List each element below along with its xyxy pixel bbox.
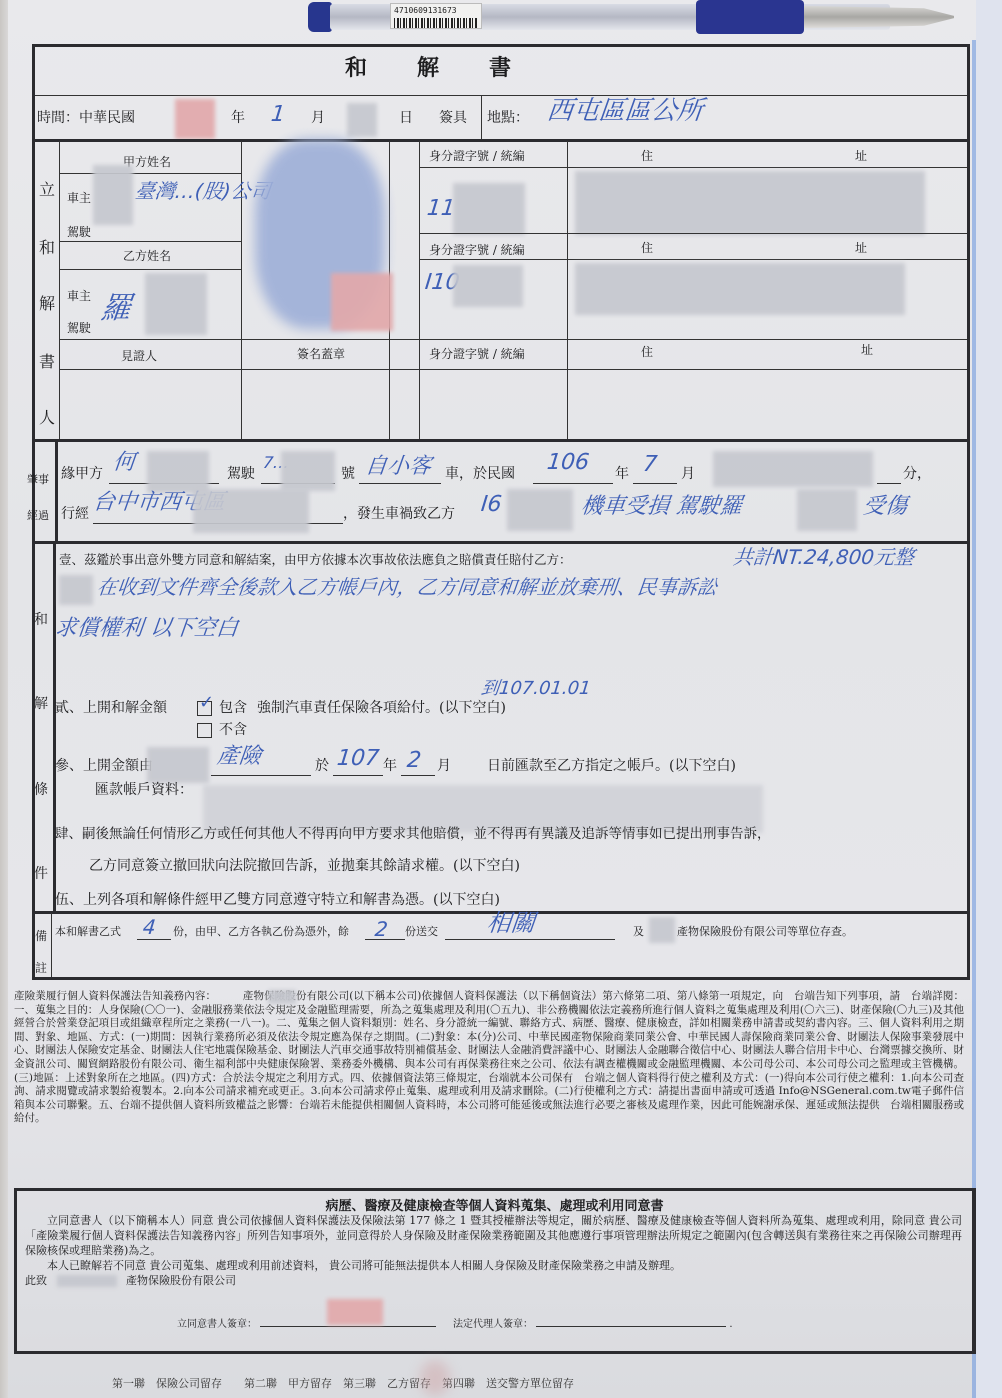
blank-line — [633, 483, 677, 484]
redacted-incident-party-a — [147, 451, 209, 493]
term-3-at-label: 於 — [315, 757, 329, 775]
address-header-left: 住 — [641, 343, 653, 361]
consent-box: 病歷、醫療及健康檢查等個人資料蒐集、處理或利用同意書 立同意書人（以下簡稱本人）… — [14, 1188, 976, 1354]
blank-line — [401, 775, 435, 776]
incident-middle: ，發生車禍致乙方 — [343, 505, 455, 523]
barcode-icon — [394, 18, 478, 28]
terms-char: 和 — [31, 611, 51, 629]
divider — [567, 141, 568, 441]
time-label: 時間：中華民國 — [37, 109, 135, 127]
incident-prefix: 緣甲方 — [61, 465, 103, 483]
witness-header: 見證人 — [121, 347, 157, 365]
blank-line — [211, 775, 311, 776]
month-value: 1 — [270, 103, 287, 127]
section-char: 人 — [37, 409, 57, 427]
incident-year-unit: 年 — [615, 465, 629, 483]
guardian-label: 法定代理人簽章： — [453, 1319, 533, 1330]
divider — [35, 541, 967, 544]
term-1-handwritten-line2: 在收到文件齊全後款入乙方帳戶內，乙方同意和解並放棄刑、民事訴訟 — [96, 575, 719, 599]
divider — [59, 141, 60, 441]
divider — [59, 339, 967, 340]
pen-object: 4710609131673 — [308, 0, 988, 36]
divider — [59, 369, 967, 370]
signer-line[interactable] — [260, 1326, 436, 1327]
divider — [35, 439, 967, 442]
exclude-label: 不含 — [219, 721, 247, 739]
incident-month-unit: 月 — [681, 465, 695, 483]
redacted-party-b-address — [575, 263, 905, 315]
address-header-right: 址 — [861, 341, 873, 359]
plate-label: 號 — [341, 465, 355, 483]
settlement-form: 和 解 書 時間：中華民國 年 1 月 日 簽具 地點： 西屯區區公所 立 和 … — [32, 44, 970, 980]
account-label: 匯款帳戶資料： — [95, 781, 193, 799]
redacted-plate — [281, 451, 335, 491]
party-a-id-value: 11 — [426, 197, 457, 221]
party-a-driver-label: 駕駛 — [67, 223, 91, 241]
privacy-notice: 產險業履行個人資料保護法告知義務內容： 產物保險股份有限公司(以下稱本公司)依據… — [14, 990, 964, 1126]
redacted-party-b-id — [453, 265, 523, 307]
guardian-line[interactable] — [536, 1326, 726, 1327]
divider — [35, 95, 967, 96]
address-header-left: 住 — [641, 147, 653, 165]
address-header-left: 住 — [641, 239, 653, 257]
day-unit: 日 — [399, 109, 413, 127]
month-unit: 月 — [311, 109, 325, 127]
signer-label: 立同意書人簽章： — [177, 1319, 257, 1330]
remarks-suffix: 產物保險股份有限公司等單位存查。 — [677, 923, 853, 941]
term-4-line2: 乙方同意簽立撤回狀向法院撤回告訴，並拋棄其餘請求權。(以下空白) — [89, 857, 520, 875]
remarks-remaining-unit: 份送交 — [405, 923, 438, 941]
section-char: 書 — [37, 353, 57, 371]
redacted-signature — [327, 1299, 383, 1325]
term-1-handwritten-line3: 求償權利 以下空白 — [54, 617, 240, 641]
vehicle-suffix: 車，於民國 — [445, 465, 515, 483]
copies-footer: 第一聯 保險公司留存 第二聯 甲方留存 第三聯 乙方留存 第四聯 送交警方單位留… — [112, 1375, 574, 1391]
term-3-month-unit: 月 — [437, 757, 451, 775]
divider — [481, 95, 482, 139]
redacted-party-a — [93, 165, 133, 225]
address-header-right: 址 — [855, 239, 867, 257]
divider — [53, 543, 56, 911]
signer-field: 立同意書人簽章： — [177, 1315, 436, 1330]
blank-line — [445, 939, 615, 940]
remarks-recipient-value: 相關 — [486, 911, 537, 935]
place-label: 地點： — [487, 109, 529, 127]
id-header: 身分證字號 / 統編 — [429, 147, 525, 165]
redacted-insurer-name — [268, 990, 296, 1004]
remarks-and-label: 及 — [633, 923, 644, 941]
term-2-text: 貳、上開和解金額 — [55, 699, 167, 717]
remarks-char: 備 — [31, 927, 51, 945]
divider — [419, 233, 967, 234]
blank-line — [877, 483, 901, 484]
pen-grip — [696, 0, 804, 34]
term-3-year-value: 107 — [336, 747, 381, 771]
redacted-year — [175, 99, 215, 139]
consent-paragraph-2: 本人已瞭解若不同意 貴公司蒐集、處理或利用前述資料， 貴公司將可能無法提供本人相… — [25, 1258, 962, 1273]
incident-label-line1: 肇事 — [27, 471, 49, 489]
blank-line — [359, 483, 441, 484]
term-2-handwritten-note: 到107.01.01 — [480, 677, 592, 701]
consent-body: 立同意書人（以下簡稱本人）同意 貴公司依據個人資料保護法及保險法第 177 條之… — [25, 1213, 962, 1288]
section-char: 立 — [37, 181, 57, 199]
divider — [51, 913, 52, 977]
term-3-month-value: 2 — [406, 749, 423, 773]
term-3-year-unit: 年 — [383, 757, 397, 775]
redacted-term-1 — [59, 575, 93, 605]
terms-char: 條 — [31, 781, 51, 799]
party-a-owner-label: 車主 — [67, 189, 91, 207]
terms-char: 件 — [31, 865, 51, 883]
party-b-owner-label: 車主 — [67, 287, 91, 305]
guardian-field: 法定代理人簽章： . — [453, 1315, 733, 1330]
barcode-number: 4710609131673 — [394, 6, 457, 15]
incident-label-line2: 經過 — [27, 507, 49, 525]
redacted-location — [193, 489, 309, 533]
redacted-payer — [147, 747, 209, 783]
minute-suffix: 分， — [903, 465, 931, 483]
background-surface — [976, 0, 1002, 1398]
pen-cap — [308, 2, 332, 32]
term-1-text: 壹、茲鑑於事出意外雙方同意和解結案，由甲方依據本次事故依法應負之賠償責任賠付乙方… — [59, 551, 572, 569]
exclude-checkbox[interactable] — [197, 723, 212, 738]
stain — [420, 1360, 450, 1396]
party-a-name-value: 臺灣…(股)公司 — [134, 179, 272, 203]
term-3-prefix: 參、上開金額由 — [55, 757, 153, 775]
include-checkbox[interactable]: ✓ — [197, 701, 212, 716]
id-header: 身分證字號 / 統編 — [429, 241, 525, 259]
divider — [55, 441, 58, 543]
redacted-party-b-driver — [797, 489, 857, 531]
term-1-amount: 共計NT.24,800元整 — [732, 545, 916, 569]
sign-label: 簽具 — [439, 109, 467, 127]
party-b-name-header: 乙方姓名 — [123, 247, 171, 265]
addressee-company: 產物保險股份有限公司 — [126, 1274, 236, 1287]
consent-title: 病歷、醫療及健康檢查等個人資料蒐集、處理或利用同意書 — [17, 1195, 972, 1214]
term-3-suffix: 日前匯款至乙方指定之帳戶。(以下空白) — [487, 757, 736, 775]
blank-line — [533, 483, 613, 484]
divider — [419, 167, 967, 168]
incident-party-a-value: 何 — [112, 451, 137, 475]
redacted-incident-time — [713, 451, 873, 487]
divider — [59, 241, 241, 242]
incident-result-value: 機車受損 駕駛羅 — [580, 495, 744, 519]
address-header-right: 址 — [855, 147, 867, 165]
place-value: 西屯區區公所 — [546, 99, 705, 123]
divider — [35, 139, 967, 142]
vehicle-type-value: 自小客 — [364, 455, 433, 479]
section-char: 解 — [37, 295, 57, 313]
addressee-prefix: 此致 — [25, 1274, 47, 1287]
redacted-party-b-seal — [331, 273, 393, 331]
year-unit: 年 — [231, 109, 245, 127]
redacted-insurer — [649, 917, 675, 943]
incident-driver-label: 駕駛 — [227, 465, 255, 483]
remarks-copies-value: 4 — [142, 915, 157, 939]
redacted-party-b-name — [145, 273, 207, 335]
incident-result-suffix: 受傷 — [862, 495, 909, 519]
divider — [419, 141, 420, 441]
terms-char: 解 — [31, 695, 51, 713]
remarks-char: 註 — [31, 959, 51, 977]
id-header: 身分證字號 / 統編 — [429, 345, 525, 363]
blank-line — [333, 775, 383, 776]
checkmark-icon: ✓ — [199, 692, 214, 713]
party-b-plate-value: I6 — [480, 493, 503, 517]
term-5-text: 伍、上列各項和解條件經甲乙雙方同意遵守特立和解書為憑。(以下空白) — [55, 891, 500, 909]
pen-tip — [804, 6, 954, 28]
redacted-company — [57, 1275, 117, 1287]
section-char: 和 — [37, 239, 57, 257]
remarks-prefix: 本和解書乙式 — [55, 923, 121, 941]
incident-line2-prefix: 行經 — [61, 505, 89, 523]
divider — [59, 173, 241, 174]
consent-paragraph-1: 立同意書人（以下簡稱本人）同意 貴公司依據個人資料保護法及保險法第 177 條之… — [25, 1213, 962, 1258]
redacted-party-a-address — [575, 171, 925, 235]
divider — [419, 259, 967, 260]
signature-header: 簽名蓋章 — [297, 345, 345, 363]
term-3-payer-value: 產險 — [216, 745, 263, 769]
redacted-party-b-plate — [507, 489, 573, 531]
include-text: 強制汽車責任保險各項給付。(以下空白) — [257, 699, 506, 717]
divider — [59, 269, 241, 270]
incident-year-value: 106 — [546, 451, 591, 475]
pen-barcode-label: 4710609131673 — [390, 3, 482, 29]
include-label: 包含 — [219, 699, 247, 717]
remarks-remaining-value: 2 — [374, 917, 389, 941]
consent-addressee: 此致 產物保險股份有限公司 — [25, 1273, 962, 1288]
incident-month-value: 7 — [642, 453, 659, 477]
party-b-driver-label: 駕駛 — [67, 319, 91, 337]
blank-line — [137, 939, 171, 940]
party-b-name-value: 羅 — [99, 293, 132, 325]
redacted-day — [347, 103, 377, 137]
remarks-copies-unit: 份，由甲、乙方各執乙份為憑外，餘 — [173, 923, 349, 941]
redacted-party-a-id — [453, 183, 525, 235]
term-4-line1: 肆、嗣後無論任何情形乙方或任何其他人不得再向甲方要求其他賠償，並不得再有異議及追… — [55, 825, 771, 843]
form-title: 和 解 書 — [345, 59, 513, 77]
